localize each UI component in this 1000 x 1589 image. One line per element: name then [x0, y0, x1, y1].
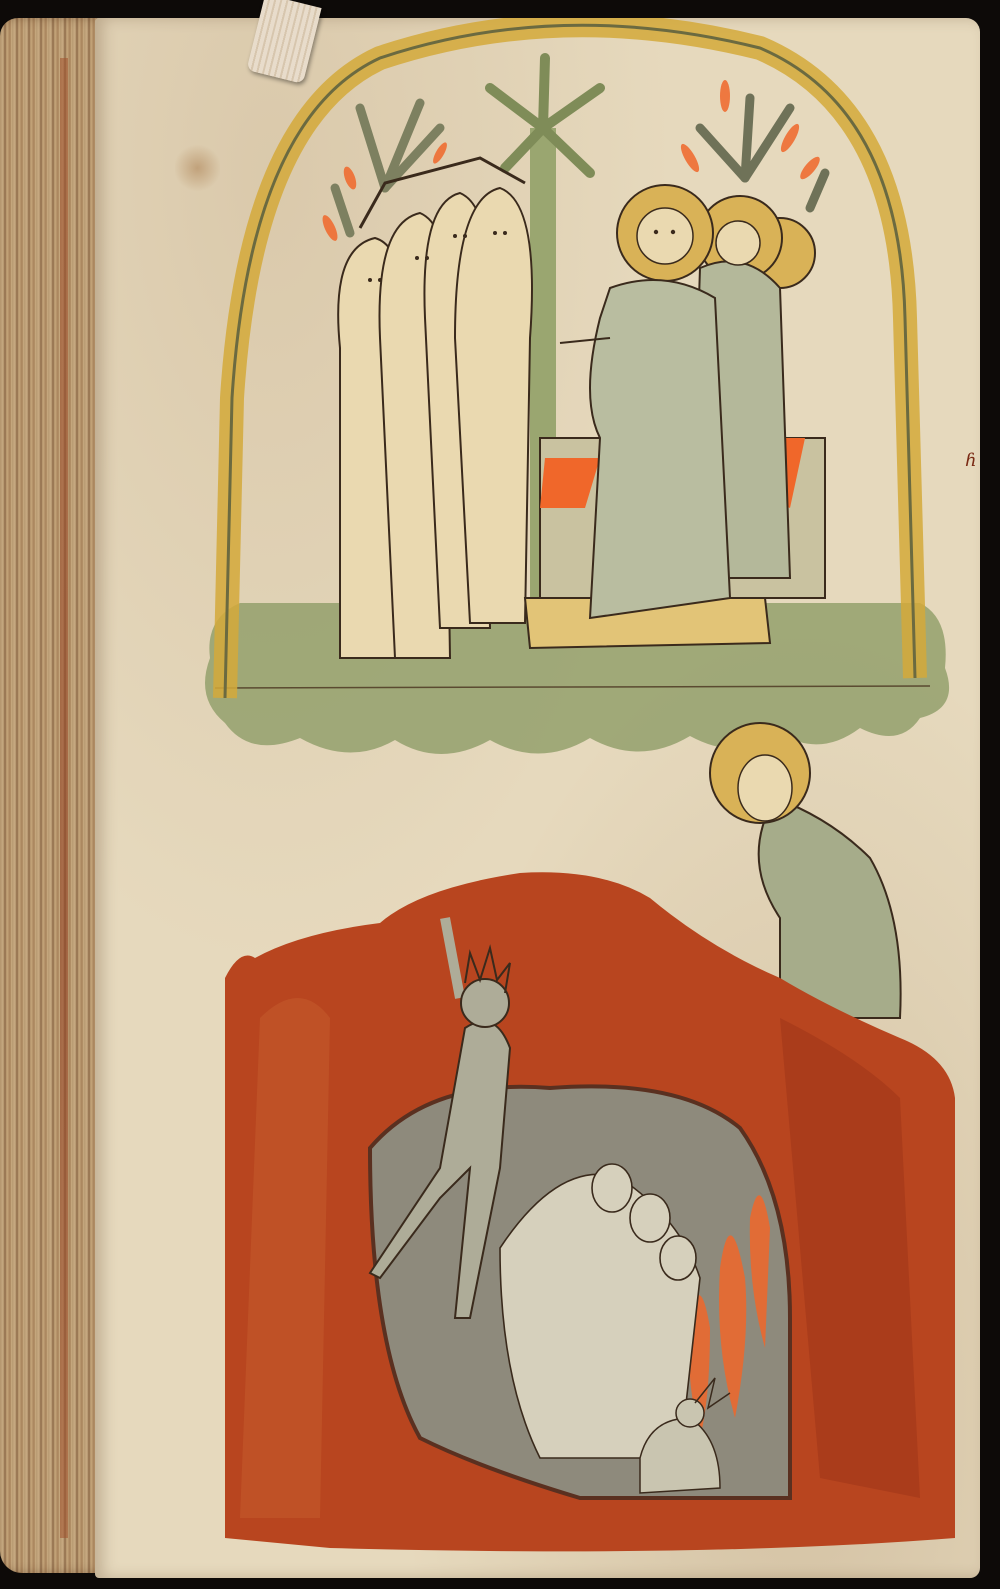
- upper-miniature: [205, 25, 949, 754]
- lower-miniature: [225, 723, 955, 1551]
- manuscript-book: ɦ: [0, 18, 985, 1578]
- hooded-figures: [338, 158, 532, 658]
